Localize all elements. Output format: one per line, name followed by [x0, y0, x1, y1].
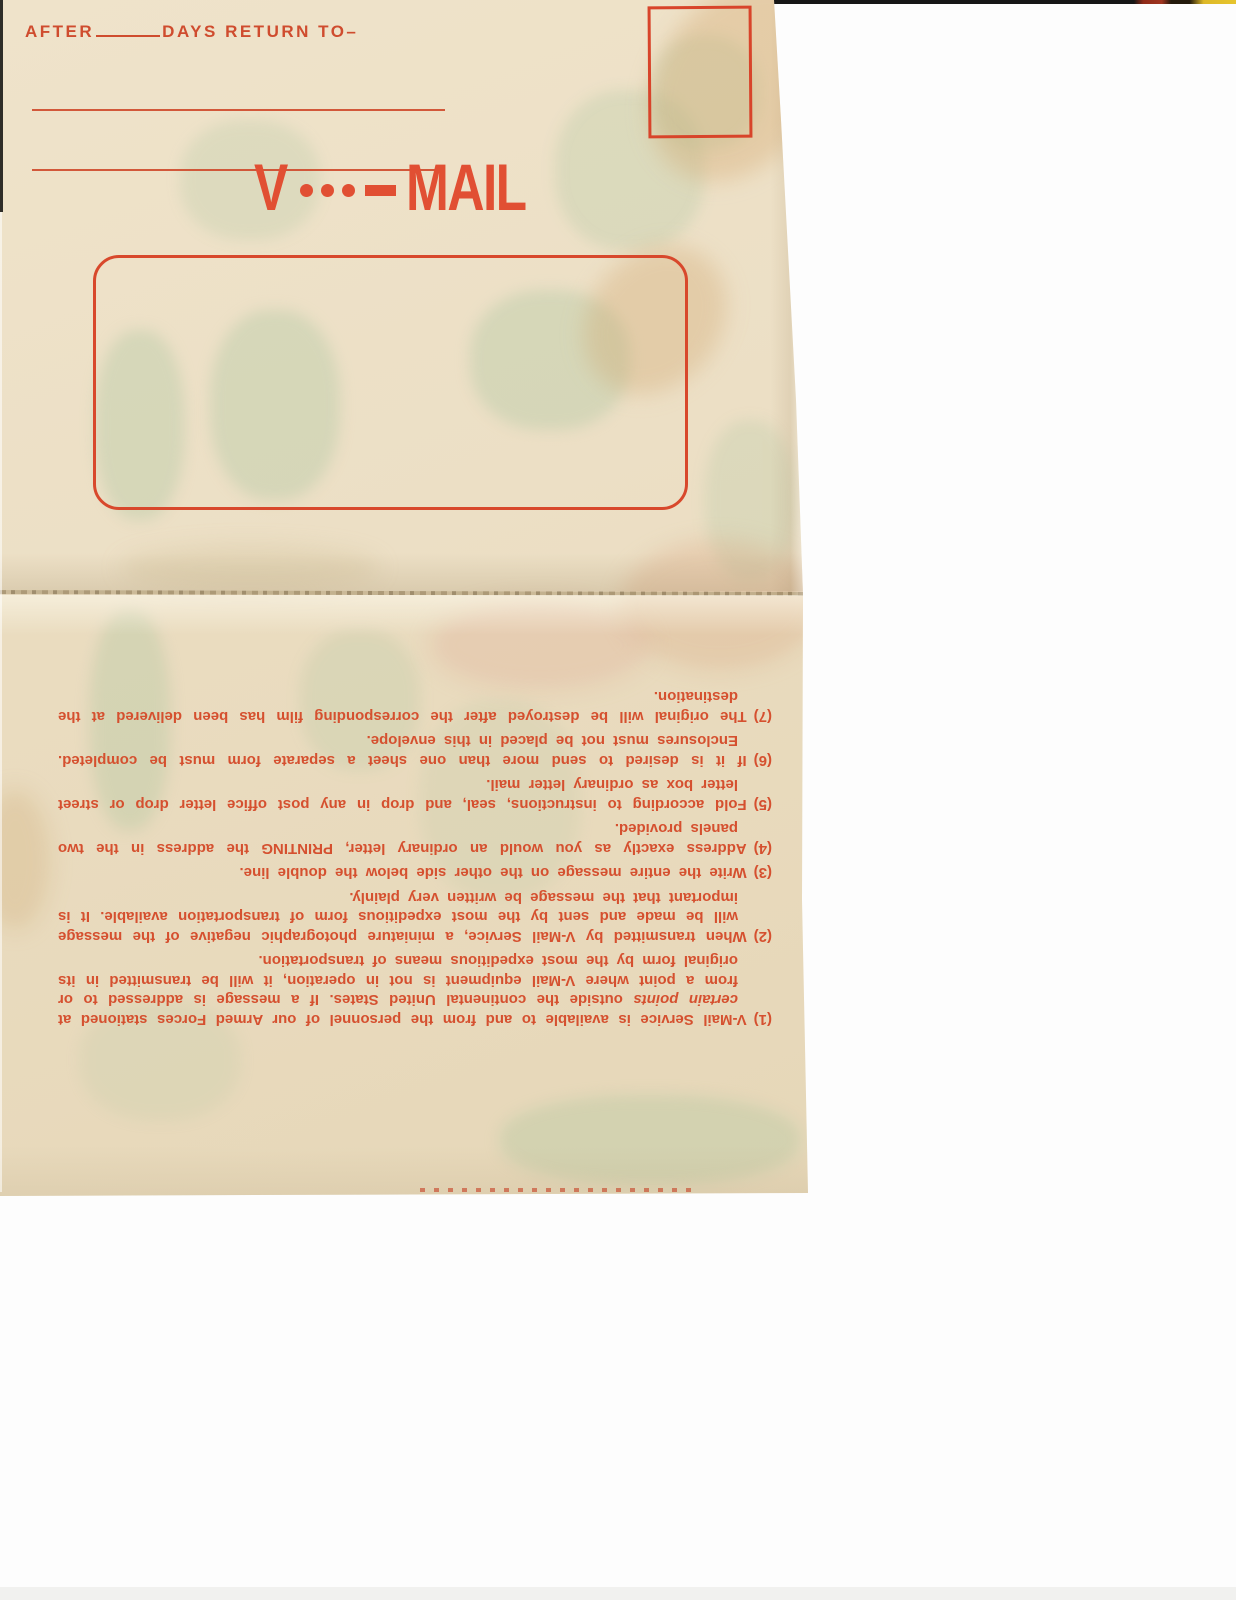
after-label: AFTER — [25, 22, 94, 41]
title-letter-v: V — [254, 160, 287, 214]
instruction-text-italic: certain points — [633, 992, 738, 1009]
instructions-block: (1)V-Mail Service is available to and fr… — [58, 682, 772, 1029]
instruction-number: (7) — [754, 708, 772, 725]
morse-dash-icon — [365, 185, 396, 196]
instruction-text: If it is desired to send more than one s… — [58, 733, 747, 770]
instruction-item-2: (2)When transmitted by V-Mail Service, a… — [58, 888, 772, 947]
instruction-item-4: (4)Address exactly as you would an ordin… — [58, 819, 772, 858]
vmail-title: V MAIL — [254, 158, 559, 216]
title-word-mail: MAIL — [406, 160, 526, 214]
return-address-header: AFTERDAYS RETURN TO– — [25, 21, 358, 41]
instruction-text: Write the entire message on the other si… — [240, 865, 747, 882]
instruction-item-1: (1)V-Mail Service is available to and fr… — [58, 951, 772, 1029]
morse-dot-icon — [342, 184, 355, 197]
instruction-number: (1) — [754, 1011, 772, 1028]
instruction-item-5: (5)Fold according to instructions, seal,… — [58, 775, 772, 814]
paper-left-edge-highlight — [0, 212, 2, 1192]
morse-dot-icon — [300, 184, 313, 197]
instruction-text: V-Mail Service is available to and from … — [58, 1011, 747, 1028]
morse-v-icon — [300, 184, 396, 197]
instruction-number: (6) — [754, 752, 772, 769]
fold-crease-shadow — [0, 553, 812, 591]
instruction-number: (2) — [754, 928, 772, 945]
paper-right-edge-shading — [770, 0, 804, 595]
instruction-text: The original will be destroyed after the… — [58, 689, 747, 726]
vmail-paper-sheet: AFTERDAYS RETURN TO– V MAIL (1)V-Mail Se… — [0, 0, 812, 1198]
return-address-line-1 — [32, 109, 445, 111]
days-blank-line — [96, 21, 160, 37]
fold-crease-highlight — [0, 595, 812, 635]
instruction-item-3: (3)Write the entire message on the other… — [58, 863, 772, 883]
address-panel — [93, 255, 688, 510]
instruction-text: When transmitted by V-Mail Service, a mi… — [58, 889, 747, 945]
instruction-number: (4) — [754, 840, 772, 857]
scanned-vmail-envelope: AFTERDAYS RETURN TO– V MAIL (1)V-Mail Se… — [0, 0, 1236, 1600]
instruction-text: Fold according to instructions, seal, an… — [58, 777, 747, 814]
perforation-marks — [420, 1188, 692, 1192]
instruction-number: (3) — [754, 865, 772, 882]
instruction-item-7: (7)The original will be destroyed after … — [58, 687, 772, 726]
instruction-text: Address exactly as you would an ordinary… — [58, 821, 747, 858]
scan-left-edge-sliver — [0, 0, 3, 212]
morse-dot-icon — [321, 184, 334, 197]
scan-edge-strip-bottom — [0, 1587, 1236, 1600]
stamp-box — [648, 6, 753, 139]
instruction-number: (5) — [754, 796, 772, 813]
instruction-item-6: (6)If it is desired to send more than on… — [58, 731, 772, 770]
scan-edge-strip-top — [772, 0, 1236, 4]
days-return-label: DAYS RETURN TO– — [162, 22, 358, 41]
